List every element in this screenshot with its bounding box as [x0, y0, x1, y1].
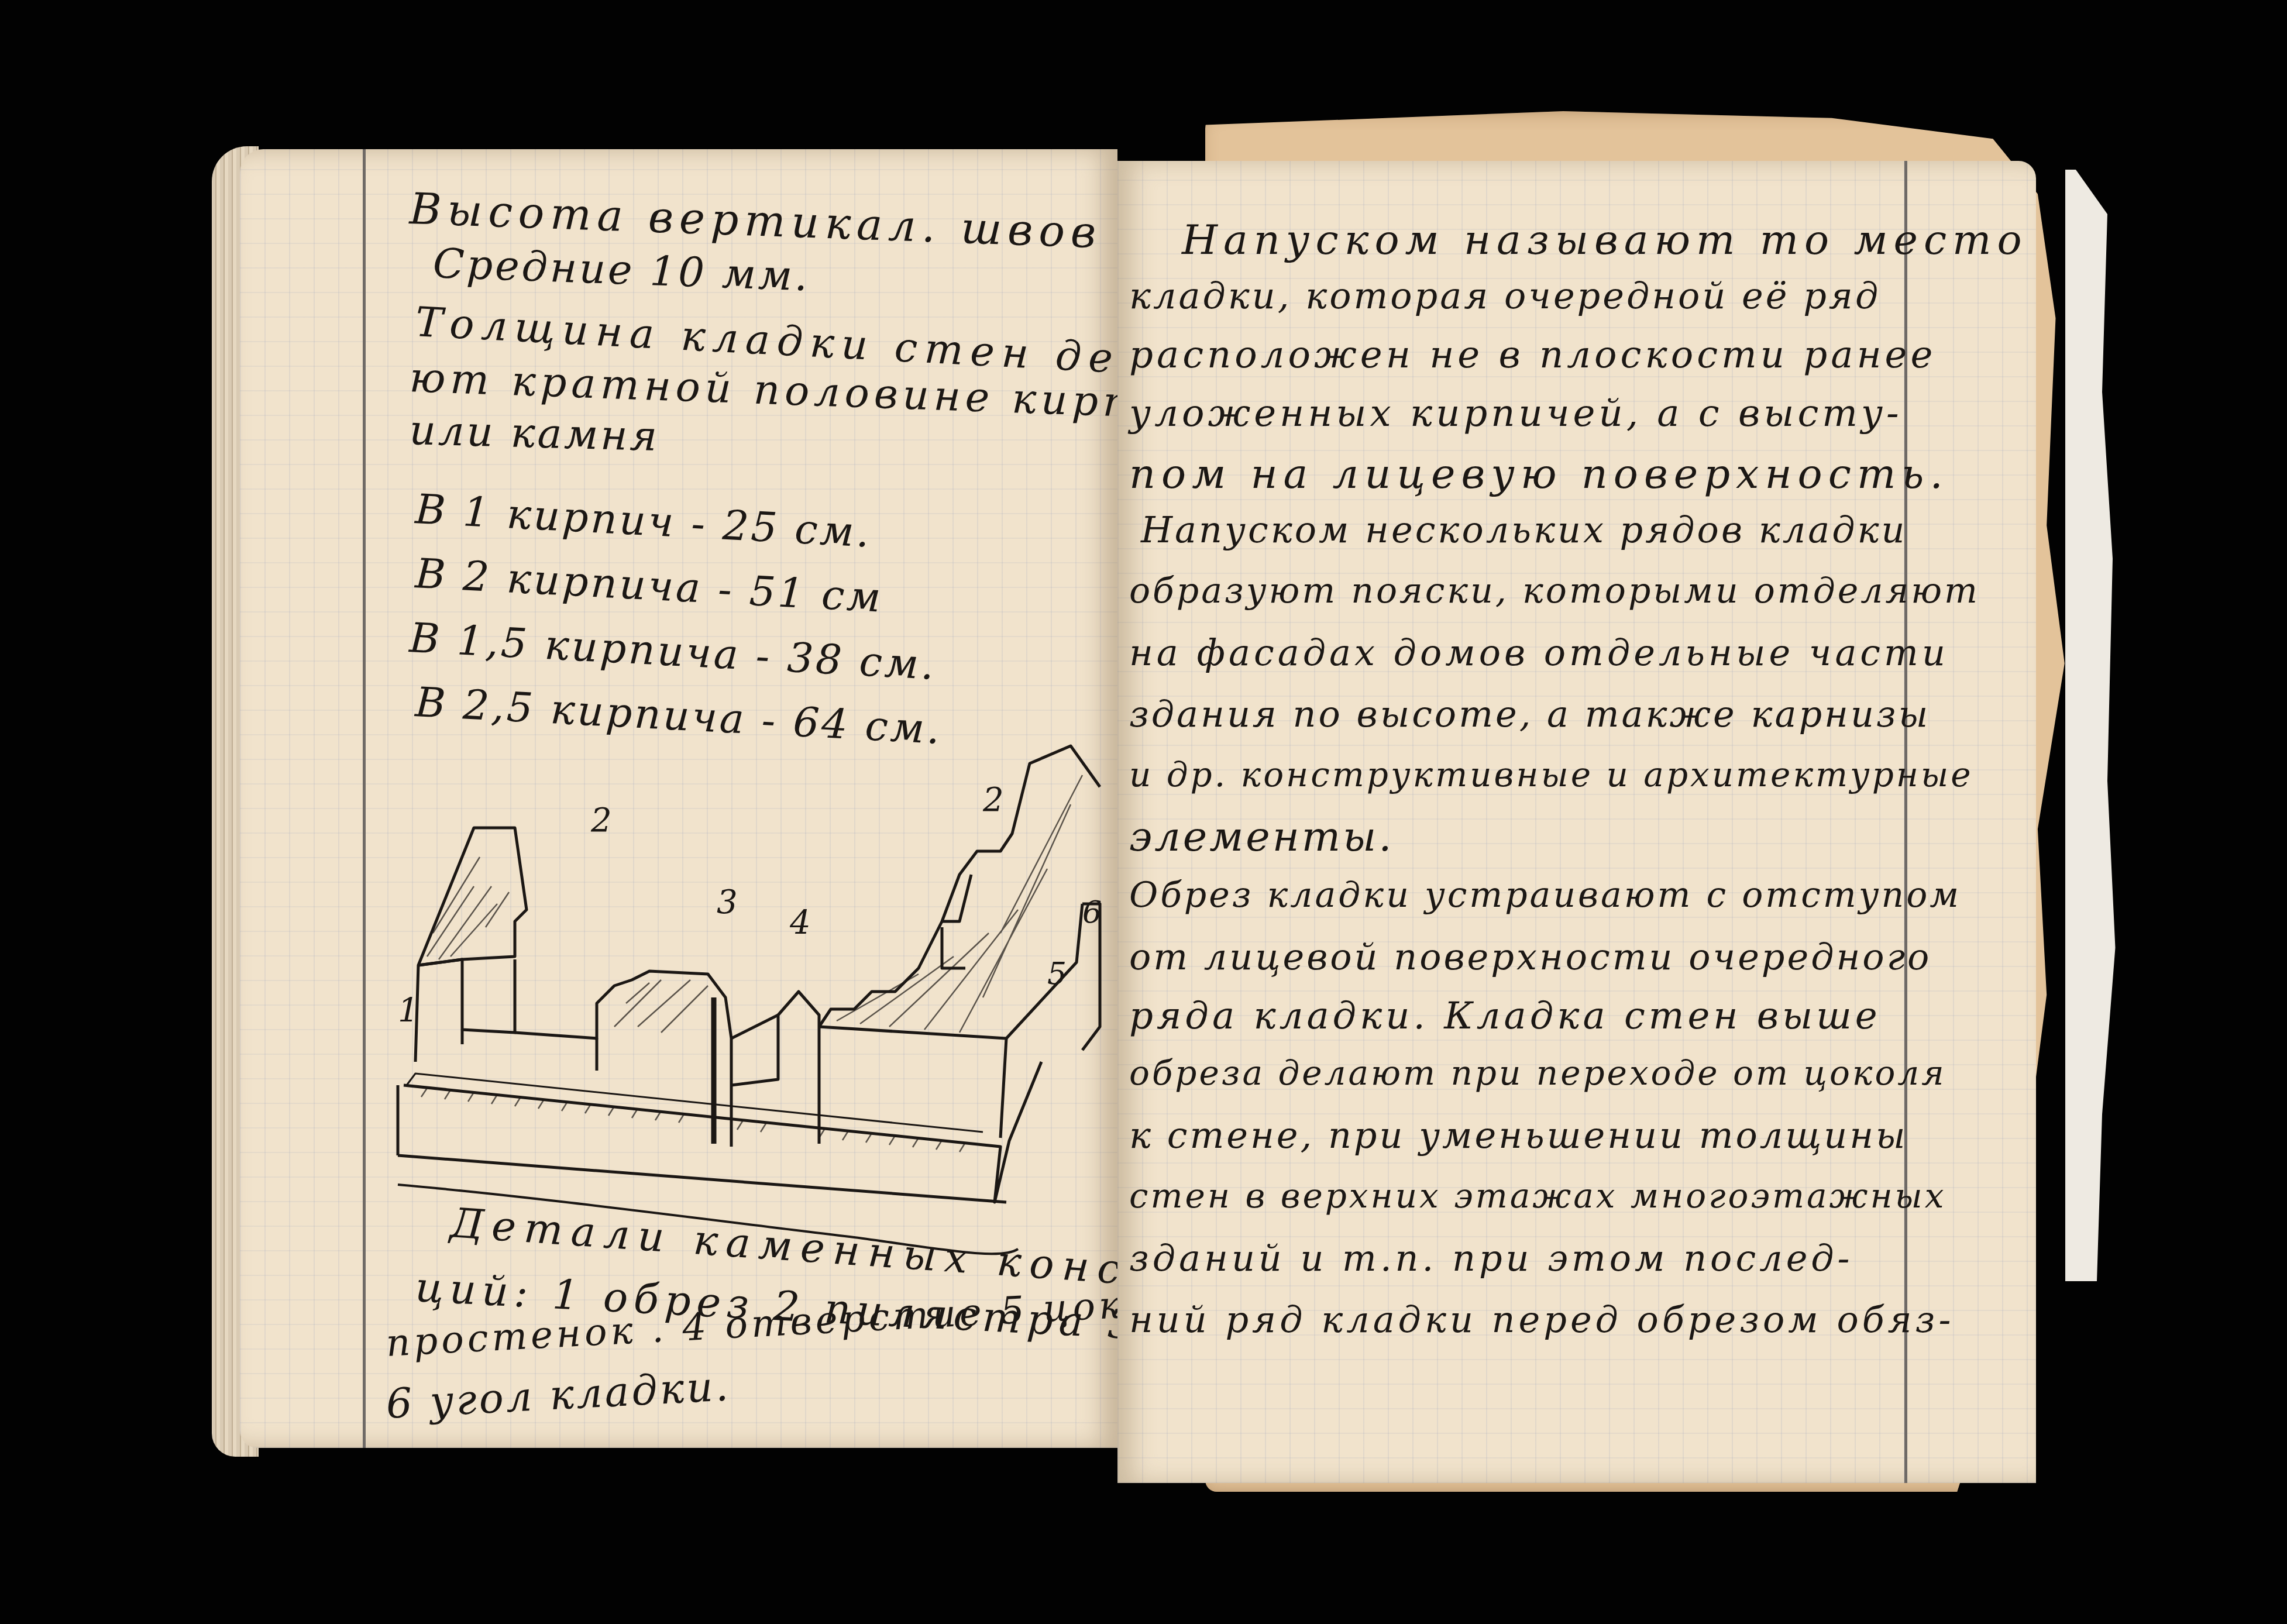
photo-background: Высота вертикал. швов 8-15 мм Средние 10… — [0, 0, 2287, 1624]
text-line: ряда кладки. Кладка стен выше — [1129, 997, 1881, 1035]
text-line: и др. конструктивные и архитектурные — [1129, 758, 1973, 792]
text-line: образуют пояски, которыми отделяют — [1129, 573, 1980, 608]
text-line: ний ряд кладки перед обрезом обяз- — [1129, 1302, 1954, 1338]
left-page: Высота вертикал. швов 8-15 мм Средние 10… — [240, 149, 1117, 1448]
text-line: Обрез кладки устраивают с отступом — [1129, 878, 1961, 913]
text-line: от лицевой поверхности очередного — [1129, 939, 1931, 975]
text-line: уложенных кирпичей, а с высту- — [1129, 395, 1903, 432]
text-line: кладки, которая очередной её ряд — [1129, 278, 1880, 314]
callout-2-left: 2 — [591, 801, 612, 839]
text-line: Напуском называют то место — [1182, 219, 2028, 260]
text-line: на фасадах домов отдельные части — [1129, 635, 1949, 671]
text-line: стен в верхних этажах многоэтажных — [1129, 1179, 1946, 1213]
text-line: элементы. — [1129, 816, 1394, 857]
text-line: здания по высоте, а также карнизы — [1129, 696, 1930, 732]
text-line: пом на лицевую поверхность. — [1129, 453, 1949, 494]
callout-2-right: 2 — [983, 781, 1004, 819]
callout-5: 5 — [1047, 956, 1067, 992]
callout-6: 6 — [1082, 895, 1102, 930]
callout-1: 1 — [398, 992, 419, 1030]
right-page: Напуском называют то место кладки, котор… — [1117, 161, 2036, 1483]
text-line: к стене, при уменьшении толщины — [1129, 1117, 1908, 1154]
text-line: зданий и т.п. при этом послед- — [1129, 1240, 1853, 1277]
callout-3: 3 — [717, 883, 738, 921]
torn-page-edges — [2065, 170, 2118, 1281]
callout-4: 4 — [790, 904, 811, 942]
text-line: обреза делают при переходе от цоколя — [1129, 1056, 1946, 1090]
text-line: расположен не в плоскости ранее — [1129, 336, 1936, 374]
text-line: Напуском нескольких рядов кладки — [1141, 512, 1907, 548]
